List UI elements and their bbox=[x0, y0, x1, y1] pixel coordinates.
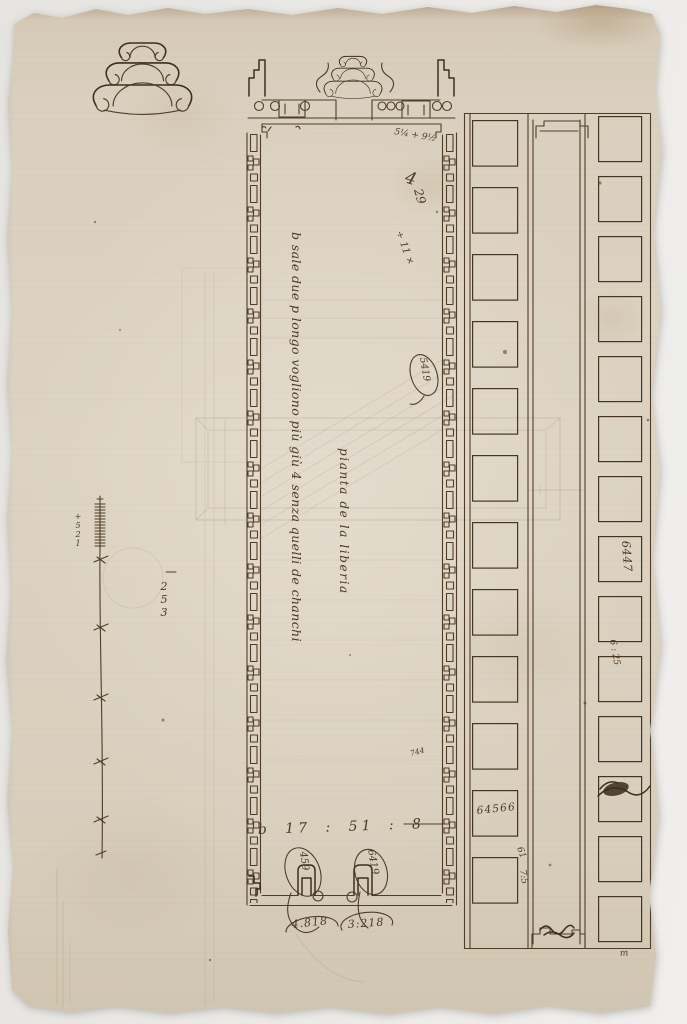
ceiling-right-coffers bbox=[598, 116, 643, 948]
plan-number-annotations: 5¼ + 9½ 4 29 ÷ 11 + 5419 744 bbox=[393, 126, 443, 758]
ink-drawing: 459 6419 4.818 3:218 b sale due p longo … bbox=[0, 0, 687, 1024]
ceiling-number-75: 7:5 bbox=[517, 869, 529, 885]
paper-wrap: 459 6419 4.818 3:218 b sale due p longo … bbox=[0, 0, 687, 1024]
door-right-total: 3:218 bbox=[347, 915, 385, 931]
plan-top-vestibule bbox=[248, 56, 455, 138]
scanned-drawing-sheet: 459 6419 4.818 3:218 b sale due p longo … bbox=[0, 0, 687, 1024]
plan-left-wall bbox=[247, 133, 261, 905]
wall-small-number: 744 bbox=[409, 745, 425, 757]
ceiling-bottom-mark: m bbox=[619, 948, 628, 959]
inscription-long-note: b sale due p longo vogliono più giù 4 se… bbox=[289, 232, 304, 642]
library-plan: 459 6419 4.818 3:218 b sale due p longo … bbox=[247, 56, 457, 932]
svg-text:÷ 11: ÷ 11 bbox=[393, 229, 412, 256]
svg-text:253: 253 bbox=[158, 580, 171, 619]
svg-text:+: + bbox=[404, 254, 416, 267]
plan-bottom-wall bbox=[249, 865, 452, 906]
ceiling-plan: 6447 6 : 25 64566 61 7:5 m bbox=[465, 114, 651, 959]
scroll-study-sketch bbox=[93, 43, 191, 114]
ceiling-aisle bbox=[528, 114, 588, 948]
ceiling-left-coffers bbox=[472, 120, 519, 907]
paper: 459 6419 4.818 3:218 b sale due p longo … bbox=[0, 0, 687, 1024]
svg-text:4: 4 bbox=[402, 167, 419, 190]
door-annotations: 459 6419 4.818 3:218 bbox=[278, 843, 392, 933]
door-left-total: 4.818 bbox=[290, 914, 329, 931]
measure-inscription: b 17 : 51 : 8 bbox=[258, 816, 446, 838]
ink-freckles bbox=[94, 181, 661, 961]
wall-circled-number: 5419 bbox=[417, 357, 432, 383]
svg-text:5¼ + 9½: 5¼ + 9½ bbox=[393, 126, 436, 144]
door-right-circled-number: 6419 bbox=[365, 849, 380, 877]
left-margin-note: 253 bbox=[158, 572, 177, 619]
ceiling-number-6447: 6447 bbox=[619, 540, 635, 572]
scale-numerals: +521 bbox=[74, 512, 83, 548]
scale-bar: +521 bbox=[74, 496, 109, 858]
inscription-plan-title: pianta de la liberia bbox=[337, 448, 351, 595]
svg-text:b 17 : 51 : 8: b 17 : 51 : 8 bbox=[258, 816, 426, 838]
svg-text:29: 29 bbox=[411, 186, 429, 206]
plan-right-wall bbox=[443, 133, 457, 905]
